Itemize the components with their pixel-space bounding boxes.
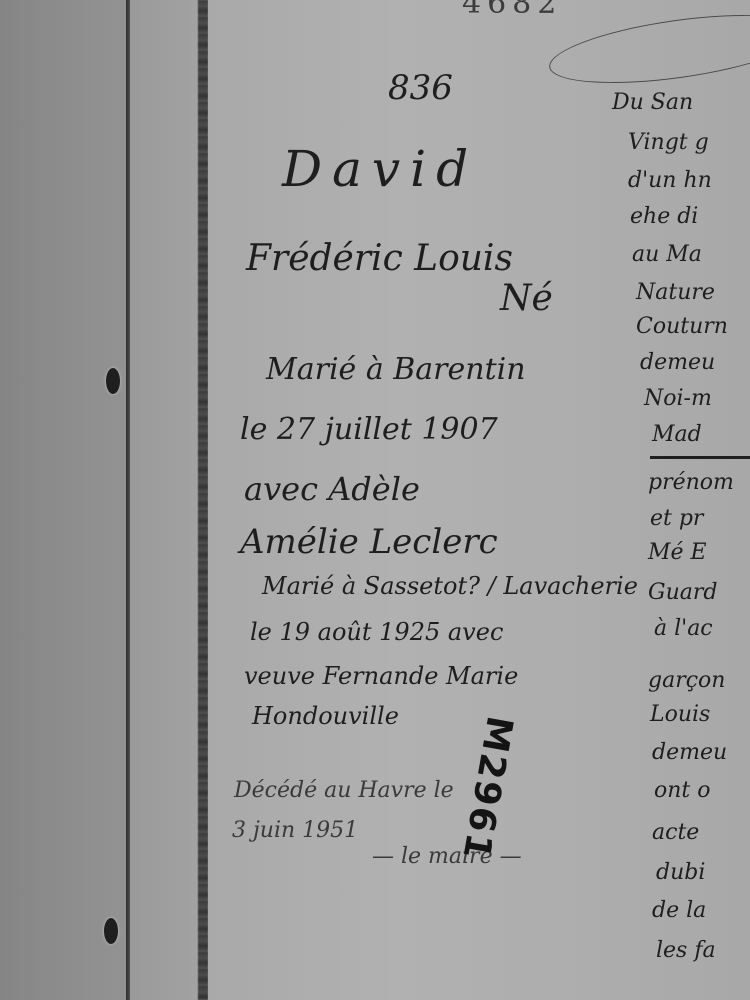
text-line: demeu (640, 350, 715, 375)
binding-tab (104, 918, 118, 944)
text-line: Mad (652, 422, 702, 447)
facing-page (0, 0, 128, 1000)
document-photo: 4682 836 David Frédéric Louis Né Marié à… (0, 0, 750, 1000)
binding-tab (106, 368, 120, 394)
text-line: Guard (648, 580, 717, 605)
text-line: Vingt g (628, 130, 709, 155)
text-line: au Ma (632, 242, 702, 267)
marriage-1-spouse-b: Amélie Leclerc (240, 522, 498, 562)
marriage-1-place: Marié à Barentin (266, 352, 526, 387)
text-line: à l'ac (654, 616, 713, 641)
register-number: 4682 (462, 0, 562, 21)
surname: David (282, 140, 478, 198)
death-place: Décédé au Havre le (234, 778, 454, 803)
text-line: dubi (656, 860, 705, 885)
text-line: acte (652, 820, 699, 845)
marriage-2-place: Marié à Sassetot? / Lavacherie (262, 572, 638, 600)
marriage-1-date: le 27 juillet 1907 (240, 412, 498, 447)
text-line: ehe di (630, 204, 698, 229)
marriage-2-spouse: veuve Fernande Marie (244, 662, 518, 690)
text-line: Couturn (636, 314, 728, 339)
gutter-line (198, 0, 208, 1000)
text-line: de la (652, 898, 706, 923)
mayor-signature: — le maire — (372, 844, 522, 869)
text-line: Nature (636, 280, 715, 305)
text-line: garçon (648, 668, 725, 693)
given-names: Frédéric Louis (246, 238, 513, 279)
birth-note: Né (500, 278, 553, 319)
text-line: Mé E (648, 540, 707, 565)
underline (650, 456, 750, 459)
marriage-2-spouse-origin: Hondouville (252, 702, 399, 730)
page-gutter (130, 0, 198, 1000)
entry-number: 836 (388, 68, 453, 108)
text-line: et pr (650, 506, 703, 531)
marriage-2-date: le 19 août 1925 avec (250, 618, 503, 646)
death-date: 3 juin 1951 (232, 818, 358, 843)
text-line: d'un hn (628, 168, 712, 193)
text-line: Noi-m (644, 386, 712, 411)
marriage-1-spouse-a: avec Adèle (244, 470, 420, 508)
text-line: les fa (656, 938, 716, 963)
text-line: ont o (654, 778, 711, 803)
text-line: Louis (650, 702, 710, 727)
text-line: Du San (612, 90, 693, 115)
text-line: demeu (652, 740, 727, 765)
text-line: prénom (648, 470, 734, 495)
